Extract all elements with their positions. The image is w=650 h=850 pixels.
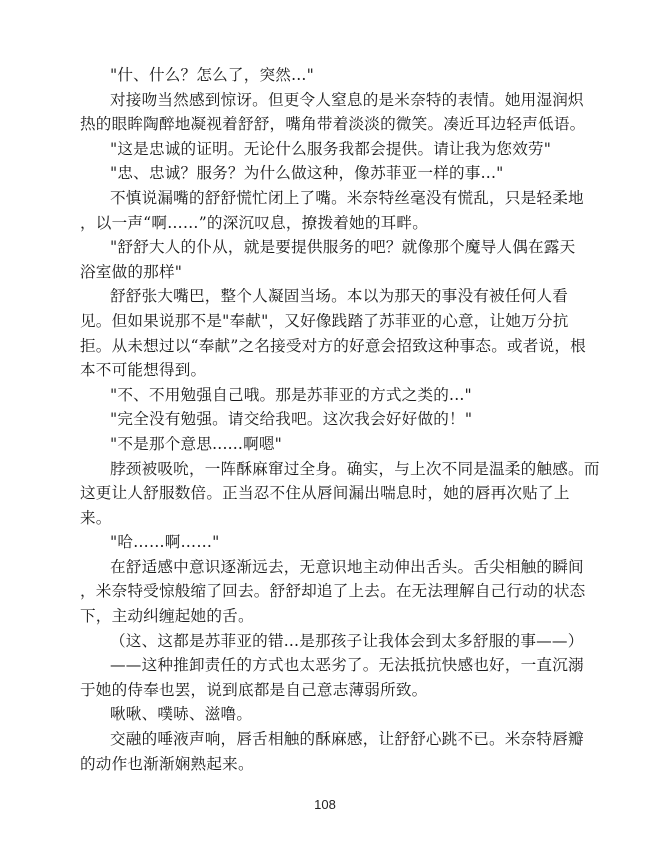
text-line: "这是忠诚的证明。无论什么服务我都会提供。请让我为您效劳" [80,137,570,162]
text-line: 于她的侍奉也罢，说到底都是自己意志薄弱所致。 [80,678,570,703]
text-line: 这更让人舒服数倍。正当忍不住从唇间漏出喘息时，她的唇再次贴了上 [80,481,570,506]
text-line: 拒。从未想过以“奉献”之名接受对方的好意会招致这种事态。或者说，根 [80,334,570,359]
text-line: 交融的唾液声响，唇舌相触的酥麻感，让舒舒心跳不已。米奈特唇瓣 [80,727,570,752]
text-line: 本不可能想得到。 [80,358,570,383]
text-line: 浴室做的那样" [80,260,570,285]
text-line: "不、不用勉强自己哦。那是苏菲亚的方式之类的..." [80,383,570,408]
text-line: 在舒适感中意识逐渐远去，无意识地主动伸出舌头。舌尖相触的瞬间 [80,555,570,580]
text-line: "完全没有勉强。请交给我吧。这次我会好好做的！" [80,407,570,432]
document-page-body: "什、什么？怎么了，突然..." 对接吻当然感到惊讶。但更令人窒息的是米奈特的表… [80,63,570,776]
text-line: 对接吻当然感到惊讶。但更令人窒息的是米奈特的表情。她用湿润炽 [80,88,570,113]
text-line: ，米奈特受惊般缩了回去。舒舒却追了上去。在无法理解自己行动的状态 [80,579,570,604]
text-line: "舒舒大人的仆从，就是要提供服务的吧？就像那个魔导人偶在露天 [80,235,570,260]
text-line: 不慎说漏嘴的舒舒慌忙闭上了嘴。米奈特丝毫没有慌乱，只是轻柔地 [80,186,570,211]
text-line: "哈……啊……" [80,530,570,555]
text-line: （这、这都是苏菲亚的错...是那孩子让我体会到太多舒服的事——） [80,629,570,654]
text-line: ，以一声“啊……”的深沉叹息，撩拨着她的耳畔。 [80,211,570,236]
text-line: 热的眼眸陶醉地凝视着舒舒，嘴角带着淡淡的微笑。凑近耳边轻声低语。 [80,112,570,137]
text-line: 脖颈被吸吮，一阵酥麻窜过全身。确实，与上次不同是温柔的触感。而 [80,457,570,482]
text-line: ——这种推卸责任的方式也太恶劣了。无法抵抗快感也好，一直沉溺 [80,653,570,678]
text-line: 舒舒张大嘴巴，整个人凝固当场。本以为那天的事没有被任何人看 [80,284,570,309]
text-line: 见。但如果说那不是"奉献"，又好像践踏了苏菲亚的心意，让她万分抗 [80,309,570,334]
text-line: 啾啾、噗哧、滋噜。 [80,702,570,727]
page-number: 108 [0,797,650,812]
text-line: "不是那个意思......啊嗯" [80,432,570,457]
text-line: "什、什么？怎么了，突然..." [80,63,570,88]
text-line: 的动作也渐渐娴熟起来。 [80,752,570,777]
text-line: "忠、忠诚？服务？为什么做这种，像苏菲亚一样的事..." [80,161,570,186]
text-line: 下，主动纠缠起她的舌。 [80,604,570,629]
text-line: 来。 [80,506,570,531]
